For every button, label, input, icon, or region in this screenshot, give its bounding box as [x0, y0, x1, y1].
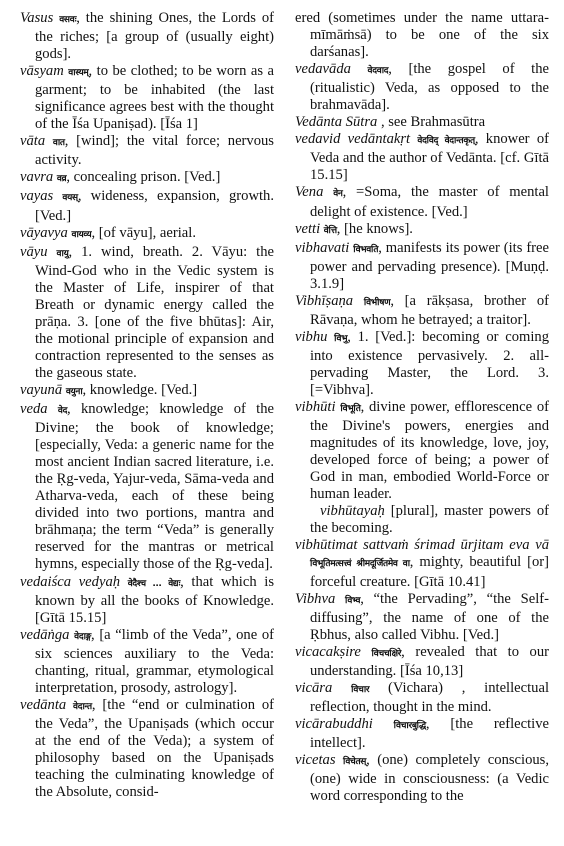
entry-headword: vetti [295, 221, 320, 237]
entry-devanagari: विभवति [353, 245, 378, 255]
dictionary-entry: Vena वेन, =Soma, the master of mental de… [295, 184, 549, 220]
entry-headword: Vena [295, 184, 323, 200]
entry-headword: Vedānta Sūtra [295, 114, 377, 130]
entry-definition: ered (sometimes under the name uttara-mī… [295, 10, 549, 60]
dictionary-entry: Vibhva विभ्व, “the Pervading”, “the Self… [295, 591, 549, 644]
entry-headword: vibhūtimat sattvaṁ śrimad ūrjitam eva vā [295, 537, 549, 553]
dictionary-entry: ered (sometimes under the name uttara-mī… [295, 10, 549, 61]
dictionary-entry: vedavāda वेदवाद, [the gospel of the (rit… [295, 61, 549, 114]
entry-headword: vibhavati [295, 240, 349, 256]
dictionary-entry: vicetas विचेतस्, (one) completely consci… [295, 752, 549, 805]
entry-devanagari: वायु [57, 249, 69, 259]
dictionary-entry: vāyavya वायव्य, [of vāyu], aerial. [20, 225, 274, 244]
entry-headword: vāyu [20, 244, 48, 260]
entry-definition: , divine power, efflorescence of the Div… [310, 399, 549, 502]
entry-definition: (Vichara) , intellectual reflection, tho… [310, 680, 549, 715]
entry-headword: vāta [20, 133, 45, 149]
entry-definition: , knowledge; knowledge of the Divine; th… [35, 401, 274, 572]
dictionary-entry: vibhūtayaḥ [plural], master powers of th… [295, 503, 549, 537]
entry-devanagari: विचचक्षिरे [371, 649, 401, 659]
dictionary-entry: veda वेद, knowledge; knowledge of the Di… [20, 401, 274, 573]
entry-headword: vedānta [20, 697, 66, 713]
dictionary-entry: vetti वेत्ति, [he knows]. [295, 221, 549, 240]
dictionary-entry: vibhavati विभवति, manifests its power (i… [295, 240, 549, 293]
entry-headword: vicacakṣire [295, 644, 361, 660]
dictionary-entry: vicacakṣire विचचक्षिरे, revealed that to… [295, 644, 549, 680]
entry-headword: vayunā [20, 382, 62, 398]
entry-headword: vibhūtayaḥ [320, 503, 385, 519]
entry-devanagari: विभूति [340, 404, 360, 414]
entry-definition: , concealing prison. [Ved.] [66, 169, 220, 185]
entry-definition: , [he knows]. [337, 221, 413, 237]
dictionary-entry: vāta वात, [wind]; the vital force; nervo… [20, 133, 274, 169]
dictionary-entry: vedaiśca vedyaḥ वेदैश्च … वेद्यः, that w… [20, 574, 274, 627]
entry-definition: , [wind]; the vital force; nervous activ… [35, 133, 274, 168]
dictionary-entry: vedavid vedāntakṛt वेदविद् वेदान्तकृत्, … [295, 131, 549, 184]
entry-definition: , 1. wind, breath. 2. Vāyu: the Wind-God… [35, 244, 274, 381]
dictionary-entry: vāsyam वास्यम्, to be clothed; to be wor… [20, 63, 274, 133]
entry-definition: , knowledge. [Ved.] [82, 382, 197, 398]
entry-devanagari: वात [53, 138, 65, 148]
entry-devanagari: वायव्य [71, 230, 91, 240]
dictionary-entry: vāyu वायु, 1. wind, breath. 2. Vāyu: the… [20, 244, 274, 382]
dictionary-entry: Vibhīṣaṇa विभीषण, [a rākṣasa, brother of… [295, 293, 549, 329]
entry-devanagari: वसवः [59, 15, 76, 25]
entry-headword: vayas [20, 188, 53, 204]
entry-devanagari: वेदाङ्ग [74, 632, 91, 642]
entry-definition: , [a “limb of the Veda”, one of six scie… [35, 627, 274, 696]
dictionary-entry: vicāra विचार (Vichara) , intellectual re… [295, 680, 549, 716]
dictionary-entry: vibhūtimat sattvaṁ śrimad ūrjitam eva vā… [295, 537, 549, 590]
entry-headword: Vibhīṣaṇa [295, 293, 353, 309]
entry-devanagari: वेद [58, 406, 67, 416]
entry-devanagari: वास्यम् [68, 68, 88, 78]
entry-devanagari: वेदविद् वेदान्तकृत् [417, 136, 474, 146]
entry-headword: vāsyam [20, 63, 64, 79]
dictionary-entry: vavra वव्र, concealing prison. [Ved.] [20, 169, 274, 188]
entry-definition: , see Brahmasūtra [381, 114, 485, 130]
entry-devanagari: विभ्व [345, 596, 360, 606]
entry-headword: vavra [20, 169, 53, 185]
entry-devanagari: वयुना [66, 387, 83, 397]
entry-definition: , [of vāyu], aerial. [91, 225, 196, 241]
entry-headword: vedavid vedāntakṛt [295, 131, 410, 147]
entry-definition: , =Soma, the master of mental delight of… [310, 184, 549, 219]
entry-headword: vedaiśca vedyaḥ [20, 574, 120, 590]
entry-devanagari: विचारबुद्धि [394, 721, 426, 731]
dictionary-entry: Vasus वसवः, the shining Ones, the Lords … [20, 10, 274, 63]
entry-headword: vicārabuddhi [295, 716, 373, 732]
entry-headword: vāyavya [20, 225, 68, 241]
left-column: Vasus वसवः, the shining Ones, the Lords … [20, 10, 274, 801]
entry-headword: vibhu [295, 329, 327, 345]
entry-devanagari: विभु [334, 334, 347, 344]
dictionary-entry: vedānta वेदान्त, [the “end or culminatio… [20, 697, 274, 801]
entry-devanagari: विभूतिमत्सत्त्वं श्रीमदूर्जितमेव वा [310, 559, 410, 569]
right-column: ered (sometimes under the name uttara-mī… [295, 10, 549, 805]
entry-devanagari: वयस् [62, 193, 77, 203]
entry-headword: vicetas [295, 752, 336, 768]
entry-definition: , [the “end or culmination of the Veda”,… [35, 697, 274, 800]
entry-headword: vicāra [295, 680, 332, 696]
dictionary-entry: Vedānta Sūtra , see Brahmasūtra [295, 114, 549, 131]
entry-devanagari: वेदैश्च … वेद्यः [128, 579, 180, 589]
entry-devanagari: विभीषण [364, 298, 391, 308]
entry-headword: Vasus [20, 10, 53, 26]
entry-devanagari: विचार [351, 685, 369, 695]
dictionary-entry: vibhūti विभूति, divine power, effloresce… [295, 399, 549, 503]
dictionary-entry: vibhu विभु, 1. [Ved.]: becoming or comin… [295, 329, 549, 399]
dictionary-entry: vicārabuddhi विचारबुद्धि, [the reflectiv… [295, 716, 549, 752]
entry-headword: Vibhva [295, 591, 335, 607]
entry-headword: vedāṅga [20, 627, 69, 643]
entry-devanagari: वेदवाद [368, 66, 389, 76]
entry-devanagari: वेत्ति [324, 226, 337, 236]
entry-devanagari: वव्र [57, 174, 66, 184]
entry-devanagari: वेन [333, 189, 342, 199]
entry-headword: veda [20, 401, 48, 417]
dictionary-entry: vedāṅga वेदाङ्ग, [a “limb of the Veda”, … [20, 627, 274, 697]
dictionary-entry: vayunā वयुना, knowledge. [Ved.] [20, 382, 274, 401]
entry-headword: vibhūti [295, 399, 336, 415]
entry-devanagari: वेदान्त [73, 702, 92, 712]
dictionary-entry: vayas वयस्, wideness, expansion, growth.… [20, 188, 274, 224]
entry-devanagari: विचेतस् [343, 757, 366, 767]
entry-headword: vedavāda [295, 61, 351, 77]
